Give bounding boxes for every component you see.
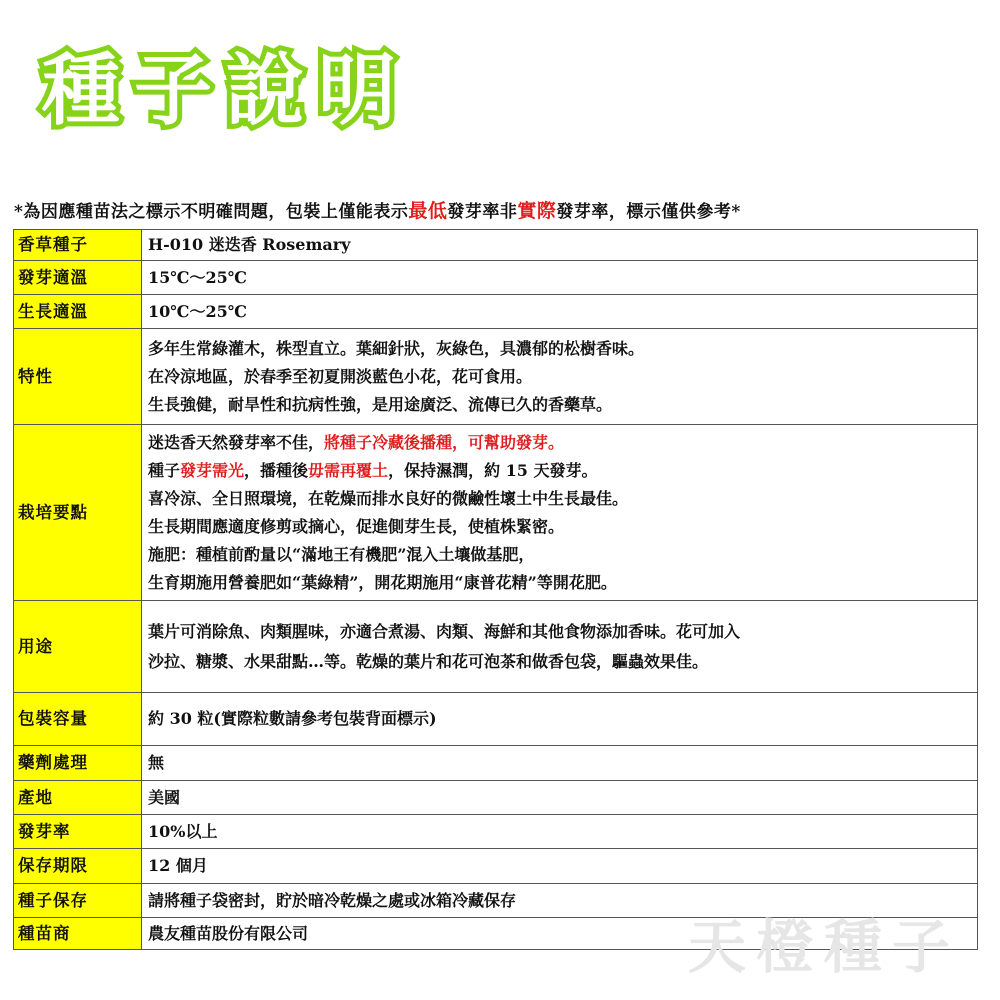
row-value: 美國 <box>142 781 978 815</box>
row-value: 約 30 粒(實際粒數請參考包裝背面標示) <box>142 693 978 746</box>
row-value: 10℃～25℃ <box>142 295 978 329</box>
disclaimer-notice: *為因應種苗法之標示不明確問題，包裝上僅能表示最低發芽率非實際發芽率，標示僅供參… <box>14 196 741 223</box>
notice-highlight-lowest: 最低 <box>408 200 447 222</box>
text-segment: ，播種後 <box>244 461 308 480</box>
row-label: 栽培要點 <box>14 425 142 601</box>
highlight-text: 發芽需光 <box>180 461 244 480</box>
text-line: 生長期間應適度修剪或摘心，促進側芽生長，使植株緊密。 <box>148 513 977 541</box>
text-line: 生育期施用營養肥如“葉綠精”，開花期施用“康普花精”等開花肥。 <box>148 569 977 597</box>
row-label: 產地 <box>14 781 142 815</box>
table-row-cultivation-tips: 栽培要點 迷迭香天然發芽率不佳，將種子冷藏後播種，可幫助發芽。 種子發芽需光，播… <box>14 425 978 601</box>
row-label: 種苗商 <box>14 918 142 950</box>
row-value: 無 <box>142 746 978 781</box>
table-row-package-quantity: 包裝容量 約 30 粒(實際粒數請參考包裝背面標示) <box>14 693 978 746</box>
table-row-seed-supplier: 種苗商 農友種苗股份有限公司 <box>14 918 978 950</box>
notice-highlight-actual: 實際 <box>517 200 556 222</box>
text-line: 生長強健，耐旱性和抗病性強，是用途廣泛、流傳已久的香藥草。 <box>148 391 977 419</box>
table-row-germination-temp: 發芽適溫 15℃～25℃ <box>14 261 978 295</box>
row-label: 藥劑處理 <box>14 746 142 781</box>
text-segment: ，保持濕潤，約 15 天發芽。 <box>388 461 597 480</box>
text-line: 種子發芽需光，播種後毋需再覆土，保持濕潤，約 15 天發芽。 <box>148 457 977 485</box>
table-row-origin: 產地 美國 <box>14 781 978 815</box>
text-line: 在冷涼地區，於春季至初夏開淡藍色小花，花可食用。 <box>148 363 977 391</box>
table-row-germination-rate: 發芽率 10%以上 <box>14 815 978 849</box>
row-label: 發芽適溫 <box>14 261 142 295</box>
row-label: 用途 <box>14 601 142 693</box>
seed-spec-table: 香草種子 H-010 迷迭香 Rosemary 發芽適溫 15℃～25℃ 生長適… <box>13 229 978 950</box>
table-row-growth-temp: 生長適溫 10℃～25℃ <box>14 295 978 329</box>
table-row-chemical-treatment: 藥劑處理 無 <box>14 746 978 781</box>
text-line: 迷迭香天然發芽率不佳，將種子冷藏後播種，可幫助發芽。 <box>148 429 977 457</box>
highlight-text: 毋需再覆土 <box>308 461 388 480</box>
table-row-seed-storage: 種子保存 請將種子袋密封，貯於暗冷乾燥之處或冰箱冷藏保存 <box>14 884 978 918</box>
table-row-characteristics: 特性 多年生常綠灌木，株型直立。葉細針狀，灰綠色，具濃郁的松樹香味。 在冷涼地區… <box>14 329 978 425</box>
row-label: 生長適溫 <box>14 295 142 329</box>
row-value: 請將種子袋密封，貯於暗冷乾燥之處或冰箱冷藏保存 <box>142 884 978 918</box>
row-value: 迷迭香天然發芽率不佳，將種子冷藏後播種，可幫助發芽。 種子發芽需光，播種後毋需再… <box>142 425 978 601</box>
row-value: 15℃～25℃ <box>142 261 978 295</box>
text-line: 葉片可消除魚、肉類腥味，亦適合煮湯、肉類、海鮮和其他食物添加香味。花可加入 <box>148 617 977 647</box>
text-line: 施肥：種植前酌量以“滿地王有機肥”混入土壤做基肥， <box>148 541 977 569</box>
row-label: 特性 <box>14 329 142 425</box>
row-value: 多年生常綠灌木，株型直立。葉細針狀，灰綠色，具濃郁的松樹香味。 在冷涼地區，於春… <box>142 329 978 425</box>
notice-text: *為因應種苗法之標示不明確問題，包裝上僅能表示 <box>14 202 408 222</box>
notice-text: 發芽率，標示僅供參考* <box>556 202 740 222</box>
row-value: 12 個月 <box>142 849 978 884</box>
text-segment: 迷迭香天然發芽率不佳， <box>148 433 324 452</box>
row-value: 10%以上 <box>142 815 978 849</box>
row-value: 葉片可消除魚、肉類腥味，亦適合煮湯、肉類、海鮮和其他食物添加香味。花可加入 沙拉… <box>142 601 978 693</box>
table-row-usage: 用途 葉片可消除魚、肉類腥味，亦適合煮湯、肉類、海鮮和其他食物添加香味。花可加入… <box>14 601 978 693</box>
row-label: 香草種子 <box>14 230 142 261</box>
table-row-shelf-life: 保存期限 12 個月 <box>14 849 978 884</box>
row-value: H-010 迷迭香 Rosemary <box>142 230 978 261</box>
row-label: 保存期限 <box>14 849 142 884</box>
text-line: 沙拉、糖漿、水果甜點…等。乾燥的葉片和花可泡茶和做香包袋，驅蟲效果佳。 <box>148 647 977 677</box>
table-row-herb-seed: 香草種子 H-010 迷迭香 Rosemary <box>14 230 978 261</box>
text-segment: 種子 <box>148 461 180 480</box>
highlight-text: 將種子冷藏後播種，可幫助發芽。 <box>324 433 564 452</box>
notice-text: 發芽率非 <box>447 202 517 222</box>
row-label: 發芽率 <box>14 815 142 849</box>
row-value: 農友種苗股份有限公司 <box>142 918 978 950</box>
row-label: 種子保存 <box>14 884 142 918</box>
row-label: 包裝容量 <box>14 693 142 746</box>
text-line: 喜冷涼、全日照環境，在乾燥而排水良好的微鹼性壞土中生長最佳。 <box>148 485 977 513</box>
page-title: 種子說明 <box>42 52 410 130</box>
text-line: 多年生常綠灌木，株型直立。葉細針狀，灰綠色，具濃郁的松樹香味。 <box>148 335 977 363</box>
